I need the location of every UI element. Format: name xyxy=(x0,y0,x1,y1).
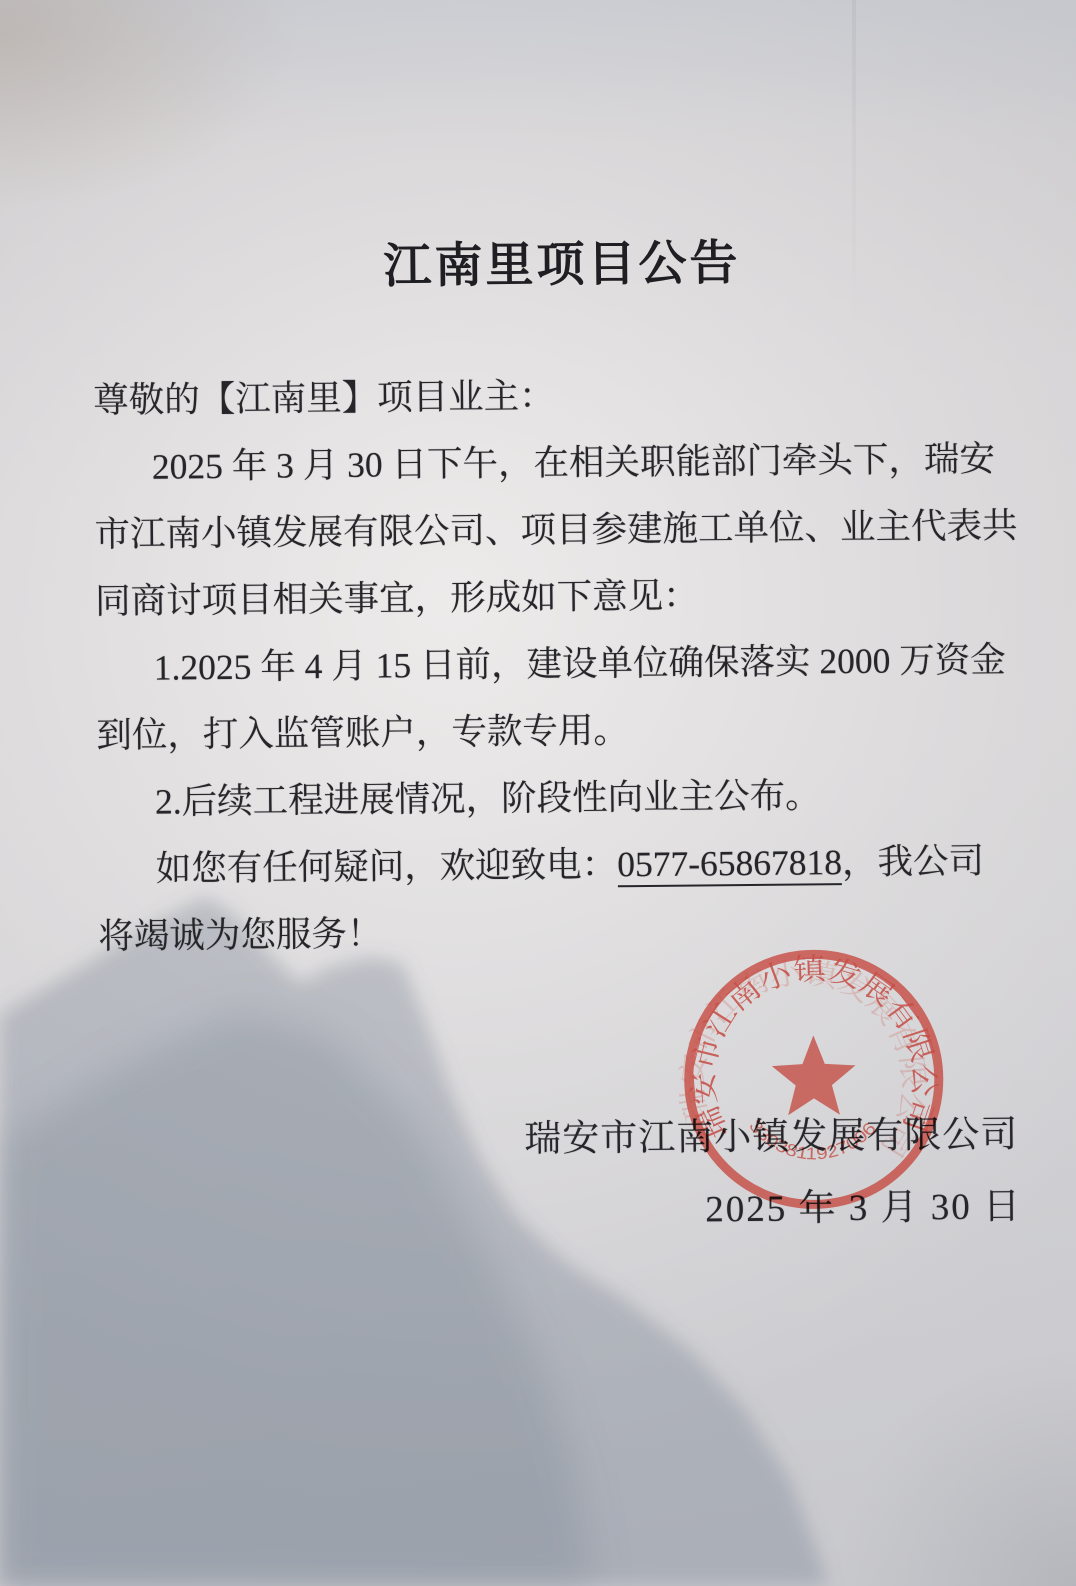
closing-prefix: 如您有任何疑问，欢迎致电： xyxy=(156,844,618,888)
announcement-document: 江南里项目公告 尊敬的【江南里】项目业主： 2025 年 3 月 30 日下午，… xyxy=(0,0,1076,1586)
body-line-para1-2: 市江南小镇发展有限公司、项目参建施工单位、业主代表共 xyxy=(94,492,1035,568)
seal-code: 3303811927006 xyxy=(745,1115,880,1164)
seal-star-icon xyxy=(772,1035,856,1115)
phone-number: 0577-65867818 xyxy=(617,842,842,887)
page-title: 江南里项目公告 xyxy=(383,224,741,296)
body-line-para1-3: 同商讨项目相关事宜，形成如下意见： xyxy=(95,559,1036,635)
body-line-item2: 2.后续工程进展情况，阶段性向业主公布。 xyxy=(97,760,1038,836)
document-body: 尊敬的【江南里】项目业主： 2025 年 3 月 30 日下午，在相关职能部门牵… xyxy=(93,358,1039,970)
official-seal: 瑞安市江南小镇发展有限公司 瑞安市江南小镇发展有限公司 330381192700… xyxy=(657,923,970,1236)
salutation: 尊敬的【江南里】项目业主： xyxy=(93,358,1034,434)
body-line-closing-1: 如您有任何疑问，欢迎致电：0577-65867818，我公司 xyxy=(97,827,1038,903)
document-photo: 江南里项目公告 尊敬的【江南里】项目业主： 2025 年 3 月 30 日下午，… xyxy=(0,0,1076,1586)
body-line-item1-1: 1.2025 年 4 月 15 日前，建设单位确保落实 2000 万资金 xyxy=(95,626,1036,702)
svg-text:3303811927006: 3303811927006 xyxy=(745,1115,880,1164)
body-line-para1-1: 2025 年 3 月 30 日下午，在相关职能部门牵头下，瑞安 xyxy=(94,425,1035,501)
closing-suffix: ，我公司 xyxy=(842,841,984,882)
body-line-item1-2: 到位，打入监管账户，专款专用。 xyxy=(96,693,1037,769)
